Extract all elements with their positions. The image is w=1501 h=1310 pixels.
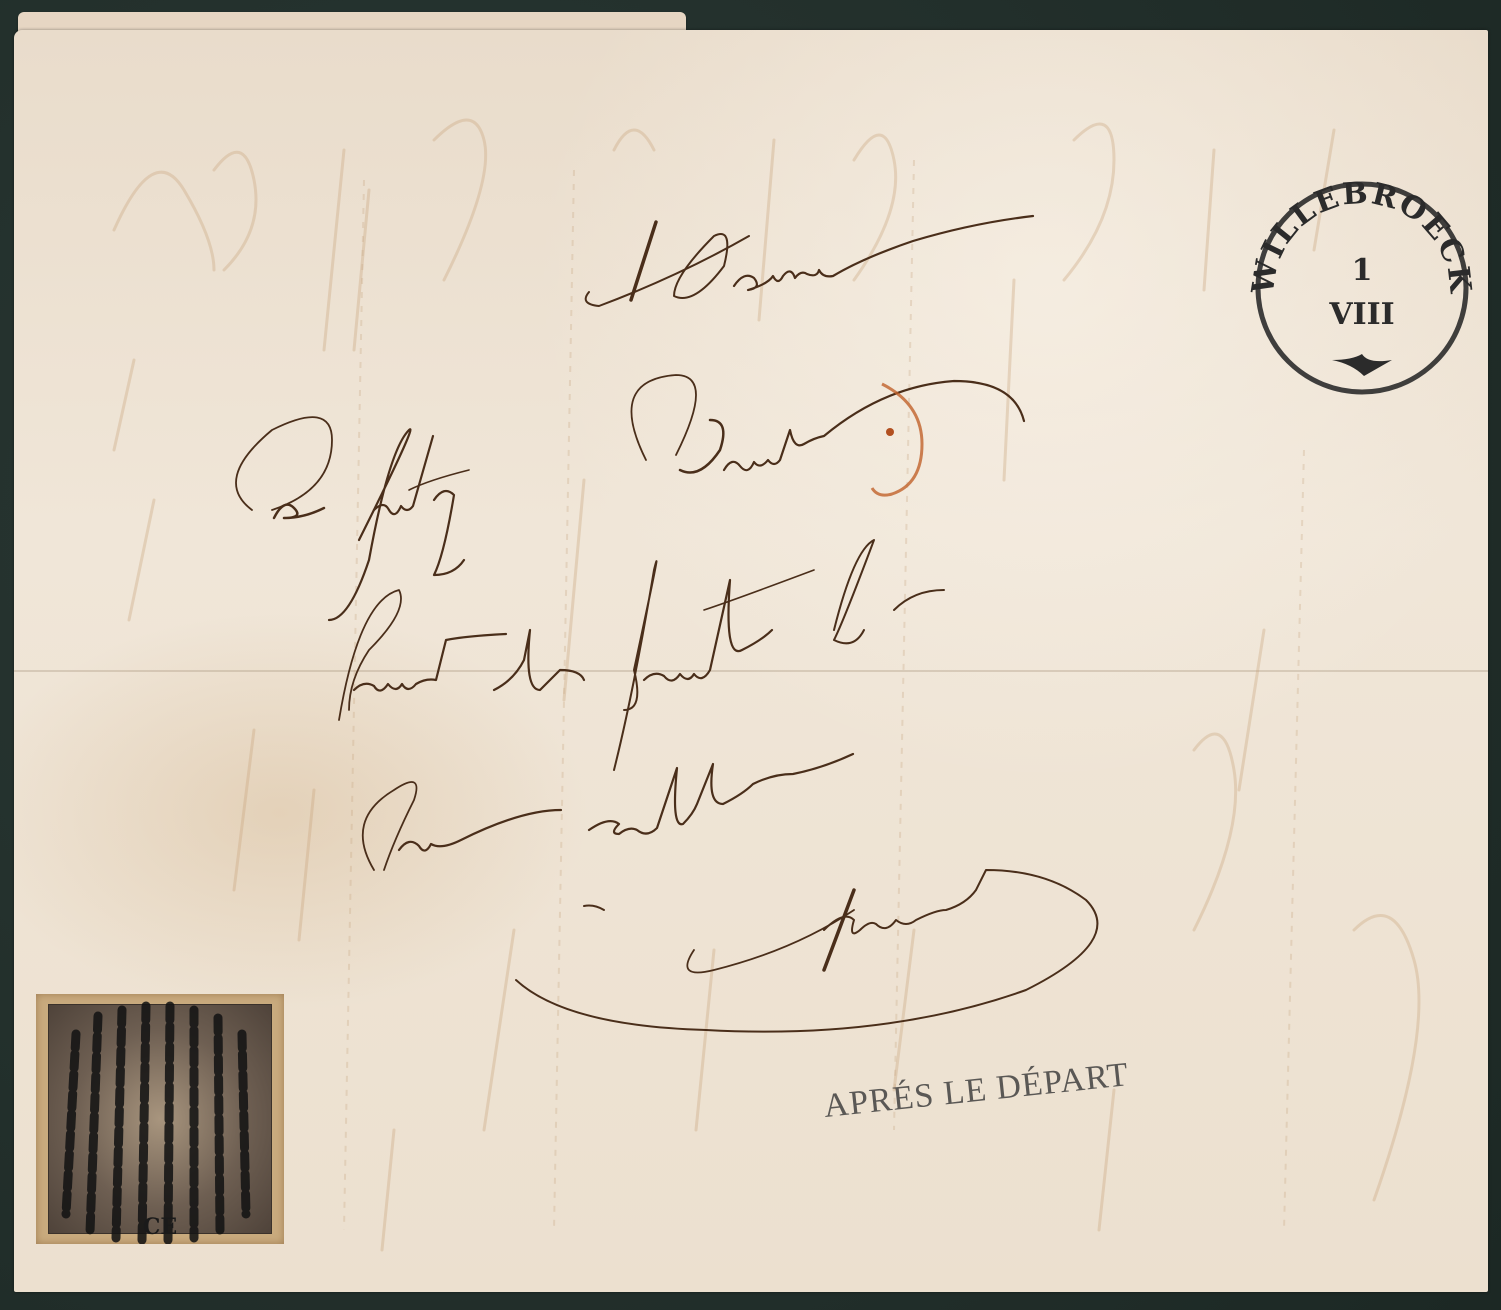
svg-text:CE: CE [143,1214,177,1240]
svg-text:1: 1 [1352,253,1373,288]
letter-cover: WILLEBROECK 1 VIII CE APRÉS LE DÉPART [14,30,1488,1292]
barred-cancellation: CE [36,994,284,1244]
postage-stamp: CE [36,994,284,1244]
svg-text:VIII: VIII [1328,297,1394,332]
